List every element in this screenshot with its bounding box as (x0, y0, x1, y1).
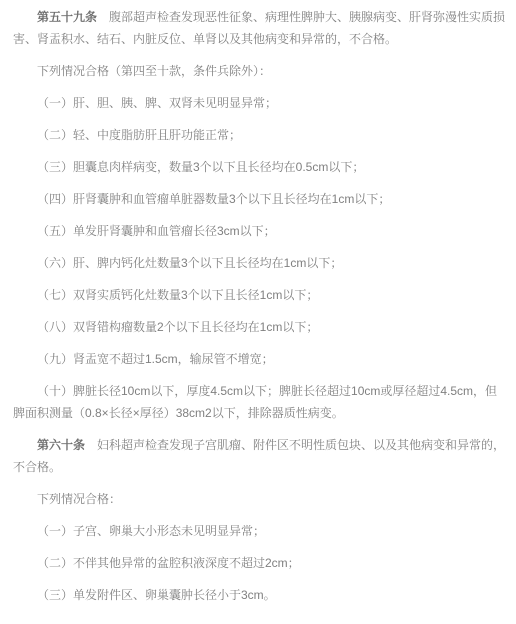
article60-lead-paragraph: 第六十条妇科超声检查发现子宫肌瘤、附件区不明性质包块、以及其他病变和异常的，不合… (13, 434, 506, 478)
article59-lead-paragraph: 第五十九条腹部超声检查发现恶性征象、病理性脾肿大、胰腺病变、肝肾弥漫性实质损害、… (13, 6, 506, 50)
article60-qualify-intro: 下列情况合格： (13, 488, 506, 510)
document-page: 第五十九条腹部超声检查发现恶性征象、病理性脾肿大、胰腺病变、肝肾弥漫性实质损害、… (0, 0, 516, 624)
article59-item-6: （六）肝、脾内钙化灶数量3个以下且长径均在1cm以下； (13, 252, 506, 274)
article59-item-10: （十）脾脏长径10cm以下，厚度4.5cm以下；脾脏长径超过10cm或厚径超过4… (13, 380, 506, 424)
article59-item-3: （三）胆囊息肉样病变，数量3个以下且长径均在0.5cm以下； (13, 156, 506, 178)
article60-item-1: （一）子宫、卵巢大小形态未见明显异常； (13, 520, 506, 542)
article59-item-8: （八）双肾错构瘤数量2个以下且长径均在1cm以下； (13, 316, 506, 338)
article59-item-5: （五）单发肝肾囊肿和血管瘤长径3cm以下； (13, 220, 506, 242)
article60-body-text: 妇科超声检查发现子宫肌瘤、附件区不明性质包块、以及其他病变和异常的，不合格。 (13, 438, 505, 474)
article59-item-9: （九）肾盂宽不超过1.5cm，输尿管不增宽； (13, 348, 506, 370)
article60-number: 第六十条 (37, 438, 85, 452)
article60-item-2: （二）不伴其他异常的盆腔积液深度不超过2cm； (13, 552, 506, 574)
article60-item-3: （三）单发附件区、卵巢囊肿长径小于3cm。 (13, 584, 506, 606)
article59-number: 第五十九条 (37, 10, 97, 24)
article59-item-1: （一）肝、胆、胰、脾、双肾未见明显异常； (13, 92, 506, 114)
article59-item-4: （四）肝肾囊肿和血管瘤单脏器数量3个以下且长径均在1cm以下； (13, 188, 506, 210)
article59-qualify-intro: 下列情况合格（第四至十款，条件兵除外）： (13, 60, 506, 82)
article59-item-7: （七）双肾实质钙化灶数量3个以下且长径1cm以下； (13, 284, 506, 306)
article59-item-2: （二）轻、中度脂肪肝且肝功能正常； (13, 124, 506, 146)
